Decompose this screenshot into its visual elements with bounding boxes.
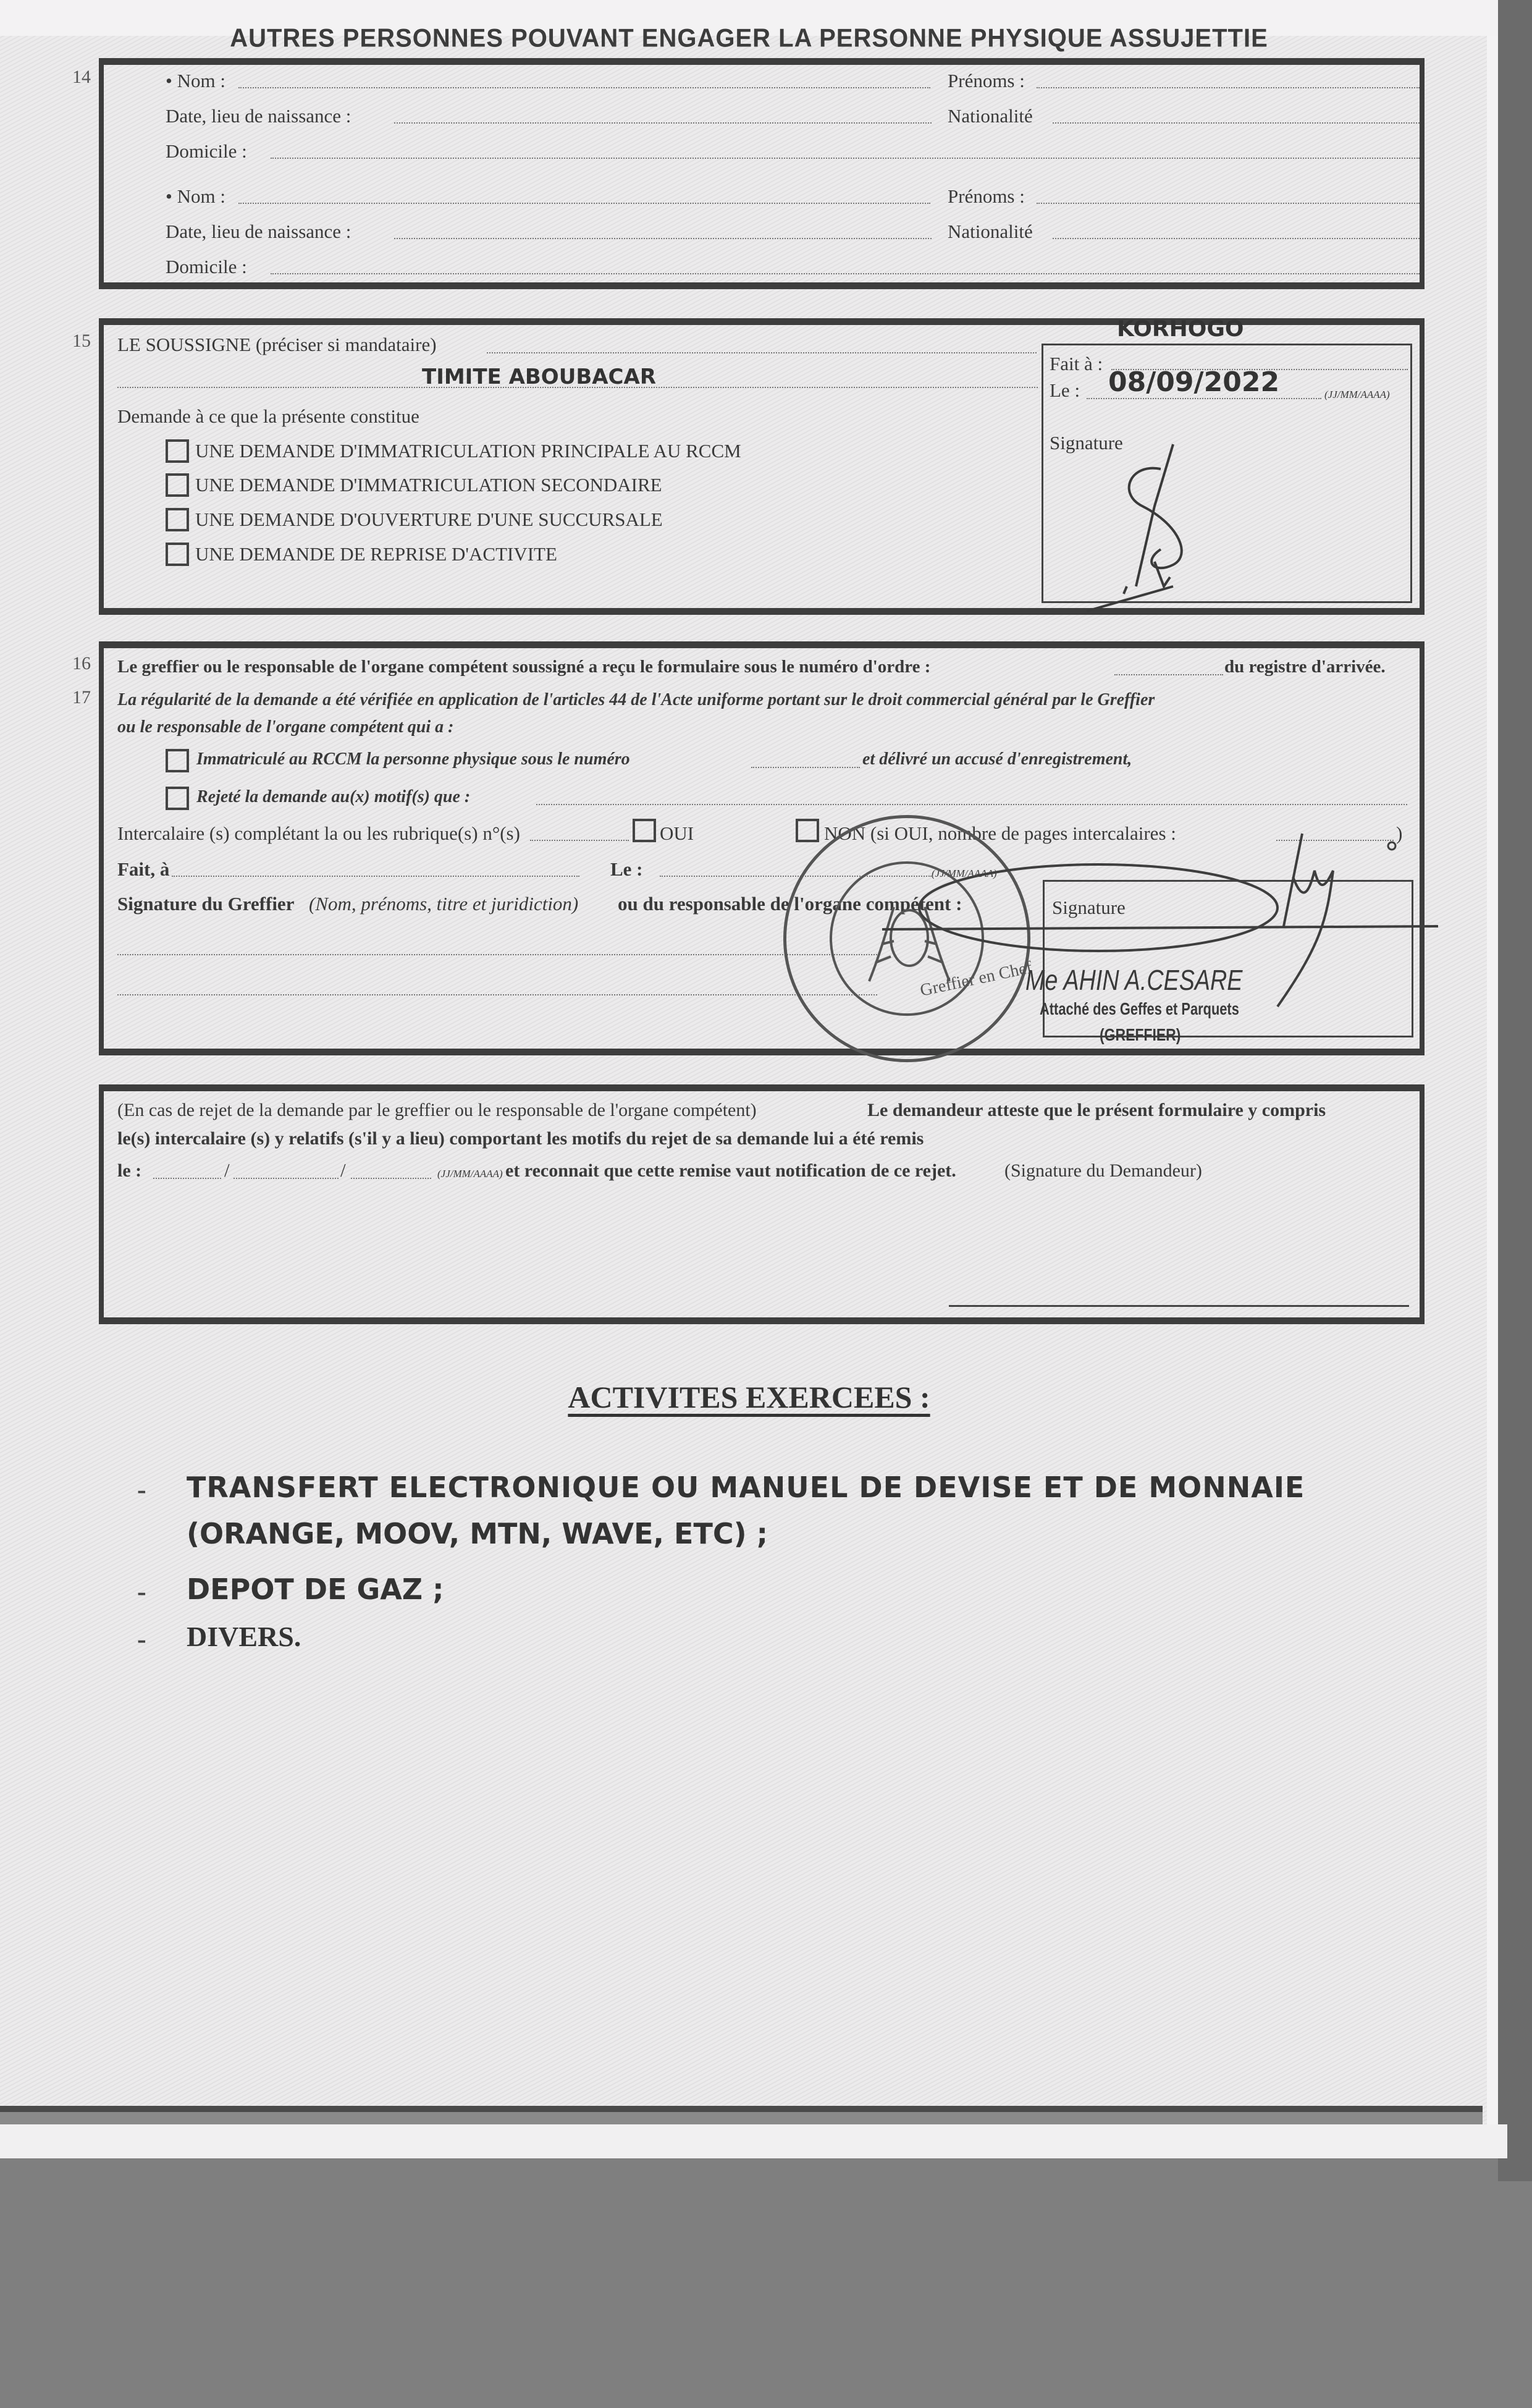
rejet-box: (En cas de rejet de la demande par le gr… xyxy=(99,1084,1425,1324)
rejete-text: Rejeté la demande au(x) motif(s) que : xyxy=(196,787,470,807)
greffier-title: Attaché des Geffes et Parquets xyxy=(1040,999,1239,1019)
activite-item-1: TRANSFERT ELECTRONIQUE OU MANUEL DE DEVI… xyxy=(187,1471,1305,1504)
section-15-number: 15 xyxy=(72,331,91,352)
rejet-line1-normal: (En cas de rejet de la demande par le gr… xyxy=(117,1100,757,1121)
prenoms-field-2[interactable] xyxy=(1037,203,1420,204)
section-14-number: 14 xyxy=(72,67,91,88)
accuse-text: et délivré un accusé d'enregistrement, xyxy=(862,750,1132,769)
domicile-field-1[interactable] xyxy=(271,158,1420,159)
soussigne-dots xyxy=(487,352,1037,353)
option-immatriculation-secondaire: UNE DEMANDE D'IMMATRICULATION SECONDAIRE xyxy=(195,474,662,496)
checkbox-ouverture-succursale[interactable] xyxy=(166,508,189,531)
rejet-le-label: le : xyxy=(117,1160,141,1181)
naissance-field-1[interactable] xyxy=(394,122,932,124)
rejet-line1-bold: Le demandeur atteste que le présent form… xyxy=(867,1100,1326,1121)
bullet-2: - xyxy=(137,1576,146,1607)
date-slash-2: / xyxy=(340,1159,346,1181)
activite-item-1-cont: (ORANGE, MOOV, MTN, WAVE, ETC) ; xyxy=(187,1517,768,1550)
greffier-line-1 xyxy=(117,954,877,955)
soussigne-value[interactable]: TIMITE ABOUBACAR xyxy=(422,365,656,389)
oui-label: OUI xyxy=(660,822,694,845)
checkbox-immatricule[interactable] xyxy=(166,749,189,772)
immatricule-text: Immatriculé au RCCM la personne physique… xyxy=(196,750,630,769)
domicile-field-2[interactable] xyxy=(271,273,1420,274)
option-immatriculation-principale: UNE DEMANDE D'IMMATRICULATION PRINCIPALE… xyxy=(195,440,741,462)
naissance-label-2: Date, lieu de naissance : xyxy=(166,221,351,243)
rejet-month-field[interactable] xyxy=(234,1178,339,1179)
signature-greffier-label: Signature du Greffier xyxy=(117,893,294,915)
prenoms-label-2: Prénoms : xyxy=(948,185,1025,208)
greffier-name: Me AHIN A.CESARE xyxy=(1025,963,1242,997)
checkbox-oui[interactable] xyxy=(633,819,656,842)
domicile-label-2: Domicile : xyxy=(166,256,247,278)
date-format-hint: (JJ/MM/AAAA) xyxy=(1324,389,1390,401)
rejet-line3-bold: et reconnait que cette remise vaut notif… xyxy=(505,1160,956,1181)
signature-greffier-hint: (Nom, prénoms, titre et juridiction) xyxy=(309,893,578,915)
checkbox-non[interactable] xyxy=(796,819,819,842)
le-greffier-label: Le : xyxy=(610,858,643,881)
activite-item-3: DIVERS. xyxy=(187,1620,301,1653)
section-16-17-box: Le greffier ou le responsable de l'organ… xyxy=(99,641,1425,1055)
applicant-signature-icon xyxy=(1068,432,1253,617)
rejet-motif-field[interactable] xyxy=(536,804,1407,805)
le-label: Le : xyxy=(1050,379,1080,402)
reception-text: Le greffier ou le responsable de l'organ… xyxy=(117,657,930,677)
activite-item-2: DEPOT DE GAZ ; xyxy=(187,1573,444,1606)
demande-label: Demande à ce que la présente constitue xyxy=(117,405,419,428)
option-ouverture-succursale: UNE DEMANDE D'OUVERTURE D'UNE SUCCURSALE xyxy=(195,509,663,531)
nom-label-2: • Nom : xyxy=(166,185,225,208)
nom-field-2[interactable] xyxy=(238,203,930,204)
regularite-line2: ou le responsable de l'organe compétent … xyxy=(117,717,453,737)
naissance-label-1: Date, lieu de naissance : xyxy=(166,105,351,127)
regularite-line1: La régularité de la demande a été vérifi… xyxy=(117,690,1155,710)
rejet-date-format: (JJ/MM/AAAA) xyxy=(437,1168,503,1180)
nom-field-1[interactable] xyxy=(238,87,930,88)
intercalaire-label: Intercalaire (s) complétant la ou les ru… xyxy=(117,822,520,845)
section-header: AUTRES PERSONNES POUVANT ENGAGER LA PERS… xyxy=(0,24,1498,53)
rejet-year-field[interactable] xyxy=(351,1178,431,1179)
checkbox-immatriculation-principale[interactable] xyxy=(166,439,189,463)
section-17-number: 17 xyxy=(72,687,91,708)
section-14-box: • Nom : Prénoms : Date, lieu de naissanc… xyxy=(99,58,1425,289)
le-dots xyxy=(1087,398,1321,399)
date-value[interactable]: 08/09/2022 xyxy=(1108,366,1279,398)
checkbox-rejete[interactable] xyxy=(166,787,189,810)
nationalite-field-2[interactable] xyxy=(1053,238,1420,239)
numero-ordre-field[interactable] xyxy=(1114,674,1223,675)
domicile-label-1: Domicile : xyxy=(166,140,247,163)
fait-a-label: Fait à : xyxy=(1050,353,1103,375)
date-slash-1: / xyxy=(224,1159,230,1181)
naissance-field-2[interactable] xyxy=(394,238,932,239)
nationalite-label-2: Nationalité xyxy=(948,221,1033,243)
greffier-line-2 xyxy=(117,994,877,995)
page-bottom-margin xyxy=(0,2124,1507,2158)
rccm-numero-field[interactable] xyxy=(751,767,860,768)
section-15-box: LE SOUSSIGNE (préciser si mandataire) TI… xyxy=(99,318,1425,615)
prenoms-field-1[interactable] xyxy=(1037,87,1420,88)
fait-a-greffier-field[interactable] xyxy=(172,876,579,877)
prenoms-label-1: Prénoms : xyxy=(948,70,1025,92)
rejet-line3-normal: (Signature du Demandeur) xyxy=(1004,1160,1202,1181)
bullet-3: - xyxy=(137,1623,146,1655)
option-reprise-activite: UNE DEMANDE DE REPRISE D'ACTIVITE xyxy=(195,543,557,565)
registre-text: du registre d'arrivée. xyxy=(1224,657,1386,677)
nationalite-field-1[interactable] xyxy=(1053,122,1420,124)
demandeur-signature-line[interactable] xyxy=(949,1305,1409,1307)
fait-a-value[interactable]: KORHOGO xyxy=(1117,316,1244,342)
nom-label-1: • Nom : xyxy=(166,70,225,92)
soussigne-label: LE SOUSSIGNE (préciser si mandataire) xyxy=(117,334,437,356)
activites-title: ACTIVITES EXERCEES : xyxy=(0,1379,1498,1415)
bullet-1: - xyxy=(137,1474,146,1505)
rejet-line2: le(s) intercalaire (s) y relatifs (s'il … xyxy=(117,1128,924,1149)
checkbox-immatriculation-secondaire[interactable] xyxy=(166,473,189,497)
section-16-number: 16 xyxy=(72,653,91,674)
checkbox-reprise-activite[interactable] xyxy=(166,543,189,566)
nationalite-label-1: Nationalité xyxy=(948,105,1033,127)
page-bottom-shadow xyxy=(0,2106,1483,2124)
signature-date-box: Fait à : Le : 08/09/2022 (JJ/MM/AAAA) Si… xyxy=(1042,344,1412,603)
rejet-day-field[interactable] xyxy=(153,1178,221,1179)
fait-a-greffier-label: Fait, à xyxy=(117,858,169,881)
greffier-role: (GREFFIER) xyxy=(1100,1025,1181,1045)
rubrique-field[interactable] xyxy=(530,840,629,841)
scanner-edge xyxy=(1498,0,1532,2181)
